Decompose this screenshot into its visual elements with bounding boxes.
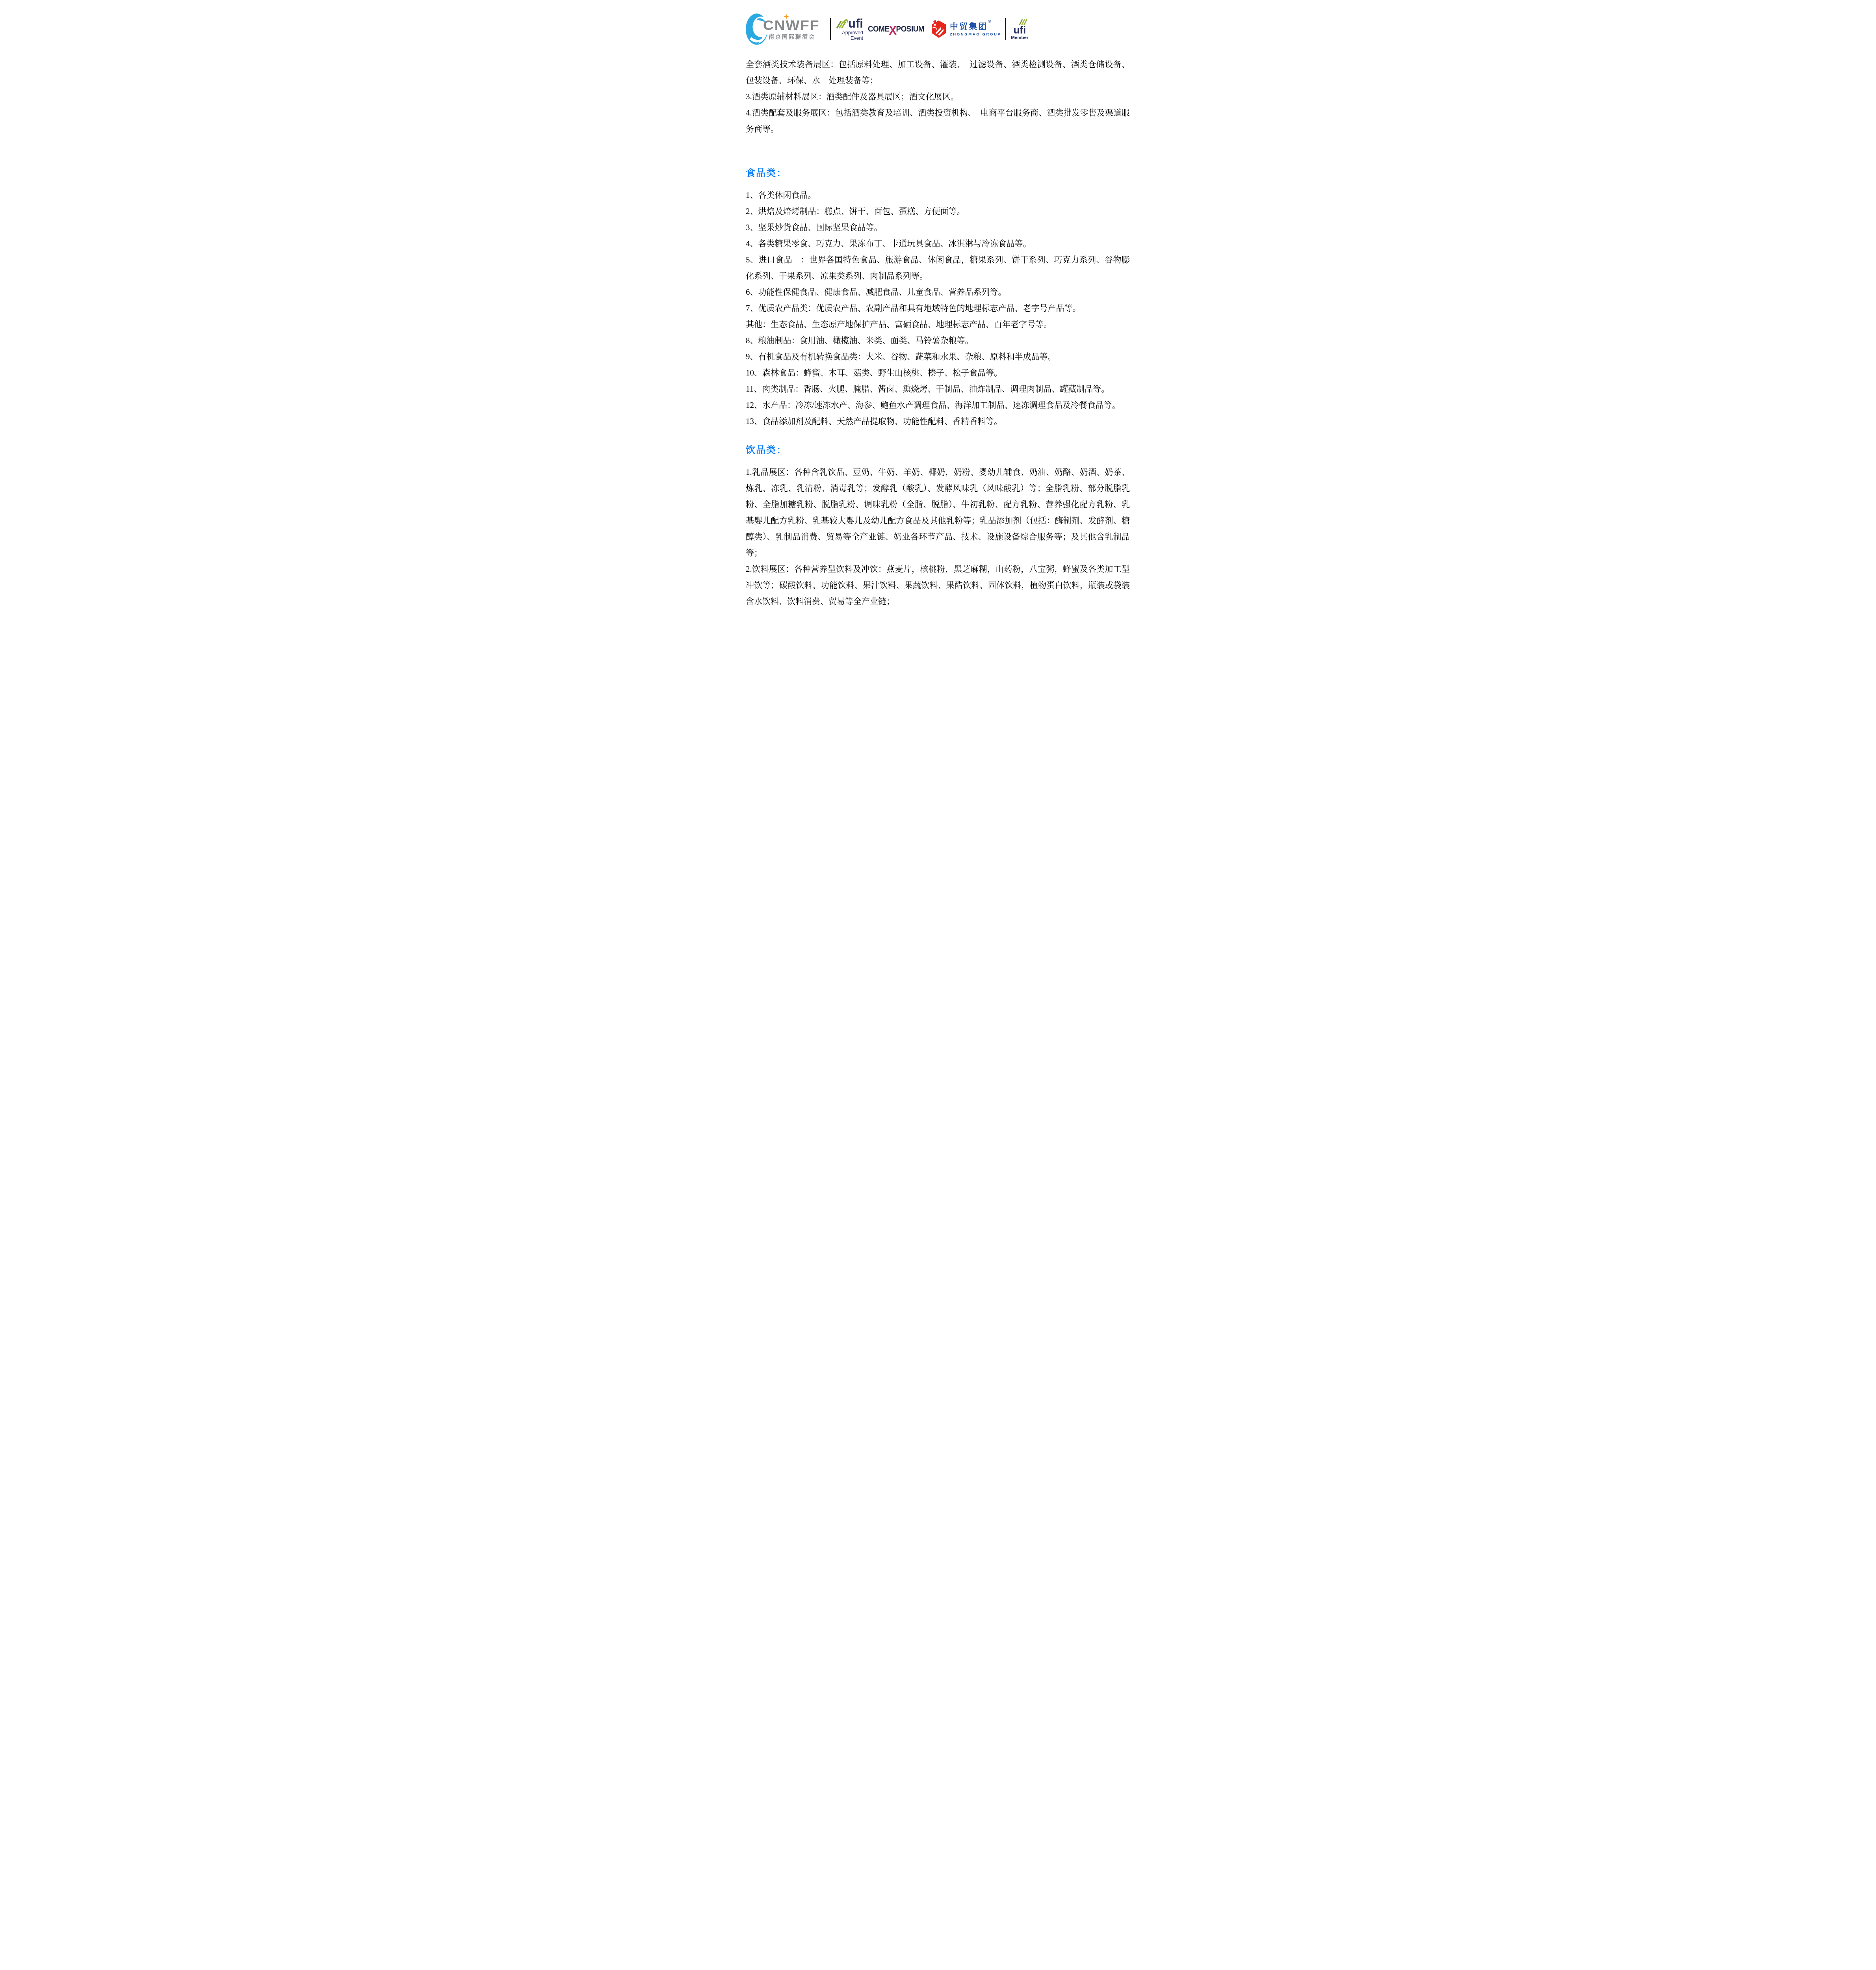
ufi-member-label: Member (1011, 35, 1028, 40)
food-item: 12、水产品：冷冻/速冻水产、海参、鲍鱼水产调理食品、海洋加工制品、速冻调理食品… (746, 397, 1130, 413)
comexposium-text-right: POSIUM (896, 25, 924, 34)
zhongmao-english-name: ZHONGMAO GROUP (950, 32, 1001, 37)
food-item: 13、食品添加剂及配料、天然产品提取物、功能性配料、香精香料等。 (746, 413, 1130, 429)
registered-trademark-icon: ® (988, 20, 991, 24)
food-item: 8、粮油制品：食用油、橄榄油、米类、面类、马铃薯杂粮等。 (746, 333, 1130, 349)
food-item: 1、各类休闲食品。 (746, 187, 1130, 203)
cnwff-chinese-name: 南京国际糖酒会 (763, 33, 820, 41)
food-item: 3、坚果炒货食品、国际坚果食品等。 (746, 219, 1130, 236)
logo-divider (830, 18, 831, 40)
logo-divider (1005, 18, 1006, 40)
food-item: 6、功能性保健食品、健康食品、减肥食品、儿童食品、营养品系列等。 (746, 284, 1130, 300)
food-item: 11、肉类制品：香肠、火腿、腌腊、酱卤、熏烧烤、干制品、油炸制品、调理肉制品、罐… (746, 381, 1130, 397)
ufi-wordmark: ufi (1013, 25, 1026, 35)
food-item: 9、有机食品及有机转换食品类：大米、谷物、蔬菜和水果、杂粮、原料和半成品等。 (746, 349, 1130, 365)
zhongmao-chinese-name: 中贸集团 (950, 22, 988, 32)
food-item: 10、森林食品：蜂蜜、木耳、菇类、野生山核桃、榛子、松子食品等。 (746, 365, 1130, 381)
cnwff-wordmark: CNWFF 南京国际糖酒会 (763, 18, 820, 41)
alcohol-paragraph-services: 4.酒类配套及服务展区：包括酒类教育及培训、酒类投资机构、 电商平台服务商、酒类… (746, 105, 1130, 137)
alcohol-paragraph-equipment: 全套酒类技术装备展区：包括原料处理、加工设备、灌装、 过滤设备、酒类检测设备、酒… (746, 56, 1130, 89)
drink-paragraph-beverage: 2.饮料展区：各种营养型饮料及冲饮：燕麦片，核桃粉，黑芝麻糊，山药粉，八宝粥，蜂… (746, 561, 1130, 610)
ufi-leaf-icon (836, 18, 848, 29)
ufi-member-logo: ufi Member (1011, 18, 1028, 40)
comexposium-x-mark: X (889, 27, 896, 35)
drink-section: 1.乳品展区：各种含乳饮品、豆奶、牛奶、羊奶、椰奶，奶粉、婴幼儿辅食、奶油、奶酪… (746, 464, 1130, 610)
food-item: 7、优质农产品类：优质农产品、农副产品和具有地域特色的地理标志产品、老字号产品等… (746, 300, 1130, 316)
ufi-approved-label-line1: Approved (836, 30, 863, 35)
ufi-approved-label-line2: Event (836, 35, 863, 41)
document-page: CNWFF 南京国际糖酒会 ufi Approved Event COME (704, 0, 1172, 663)
food-item: 5、进口食品 ：世界各国特色食品、旅游食品、休闲食品，糖果系列、饼干系列、巧克力… (746, 252, 1130, 284)
food-item: 4、各类糖果零食、巧克力、果冻布丁、卡通玩具食品、冰淇淋与冷冻食品等。 (746, 236, 1130, 252)
heading-drink-category: 饮品类： (746, 444, 1130, 457)
heading-food-category: 食品类： (746, 167, 1130, 180)
food-section: 1、各类休闲食品。 2、烘焙及焙烤制品：糕点、饼干、面包、蛋糕、方便面等。 3、… (746, 187, 1130, 429)
alcohol-section: 全套酒类技术装备展区：包括原料处理、加工设备、灌装、 过滤设备、酒类检测设备、酒… (746, 56, 1130, 137)
cnwff-acronym: CNWFF (763, 18, 820, 32)
comexposium-text-left: COME (868, 25, 890, 34)
ufi-wordmark: ufi (848, 19, 863, 29)
alcohol-paragraph-raw-materials: 3.酒类原辅材料展区：酒类配件及器具展区；酒文化展区。 (746, 89, 1130, 105)
food-item-other: 其他：生态食品、生态原产地保护产品、富硒食品、地理标志产品、百年老字号等。 (746, 316, 1130, 333)
drink-paragraph-dairy: 1.乳品展区：各种含乳饮品、豆奶、牛奶、羊奶、椰奶，奶粉、婴幼儿辅食、奶油、奶酪… (746, 464, 1130, 561)
ufi-approved-logo: ufi Approved Event (836, 18, 863, 41)
zhongmao-emblem-icon (931, 20, 947, 38)
comexposium-logo: COMEXPOSIUM (868, 25, 924, 34)
food-item: 2、烘焙及焙烤制品：糕点、饼干、面包、蛋糕、方便面等。 (746, 203, 1130, 219)
logo-strip: CNWFF 南京国际糖酒会 ufi Approved Event COME (746, 13, 1130, 45)
zhongmao-logo: 中贸集团 ® ZHONGMAO GROUP (931, 20, 1001, 38)
cnwff-logo: CNWFF 南京国际糖酒会 (746, 13, 828, 45)
